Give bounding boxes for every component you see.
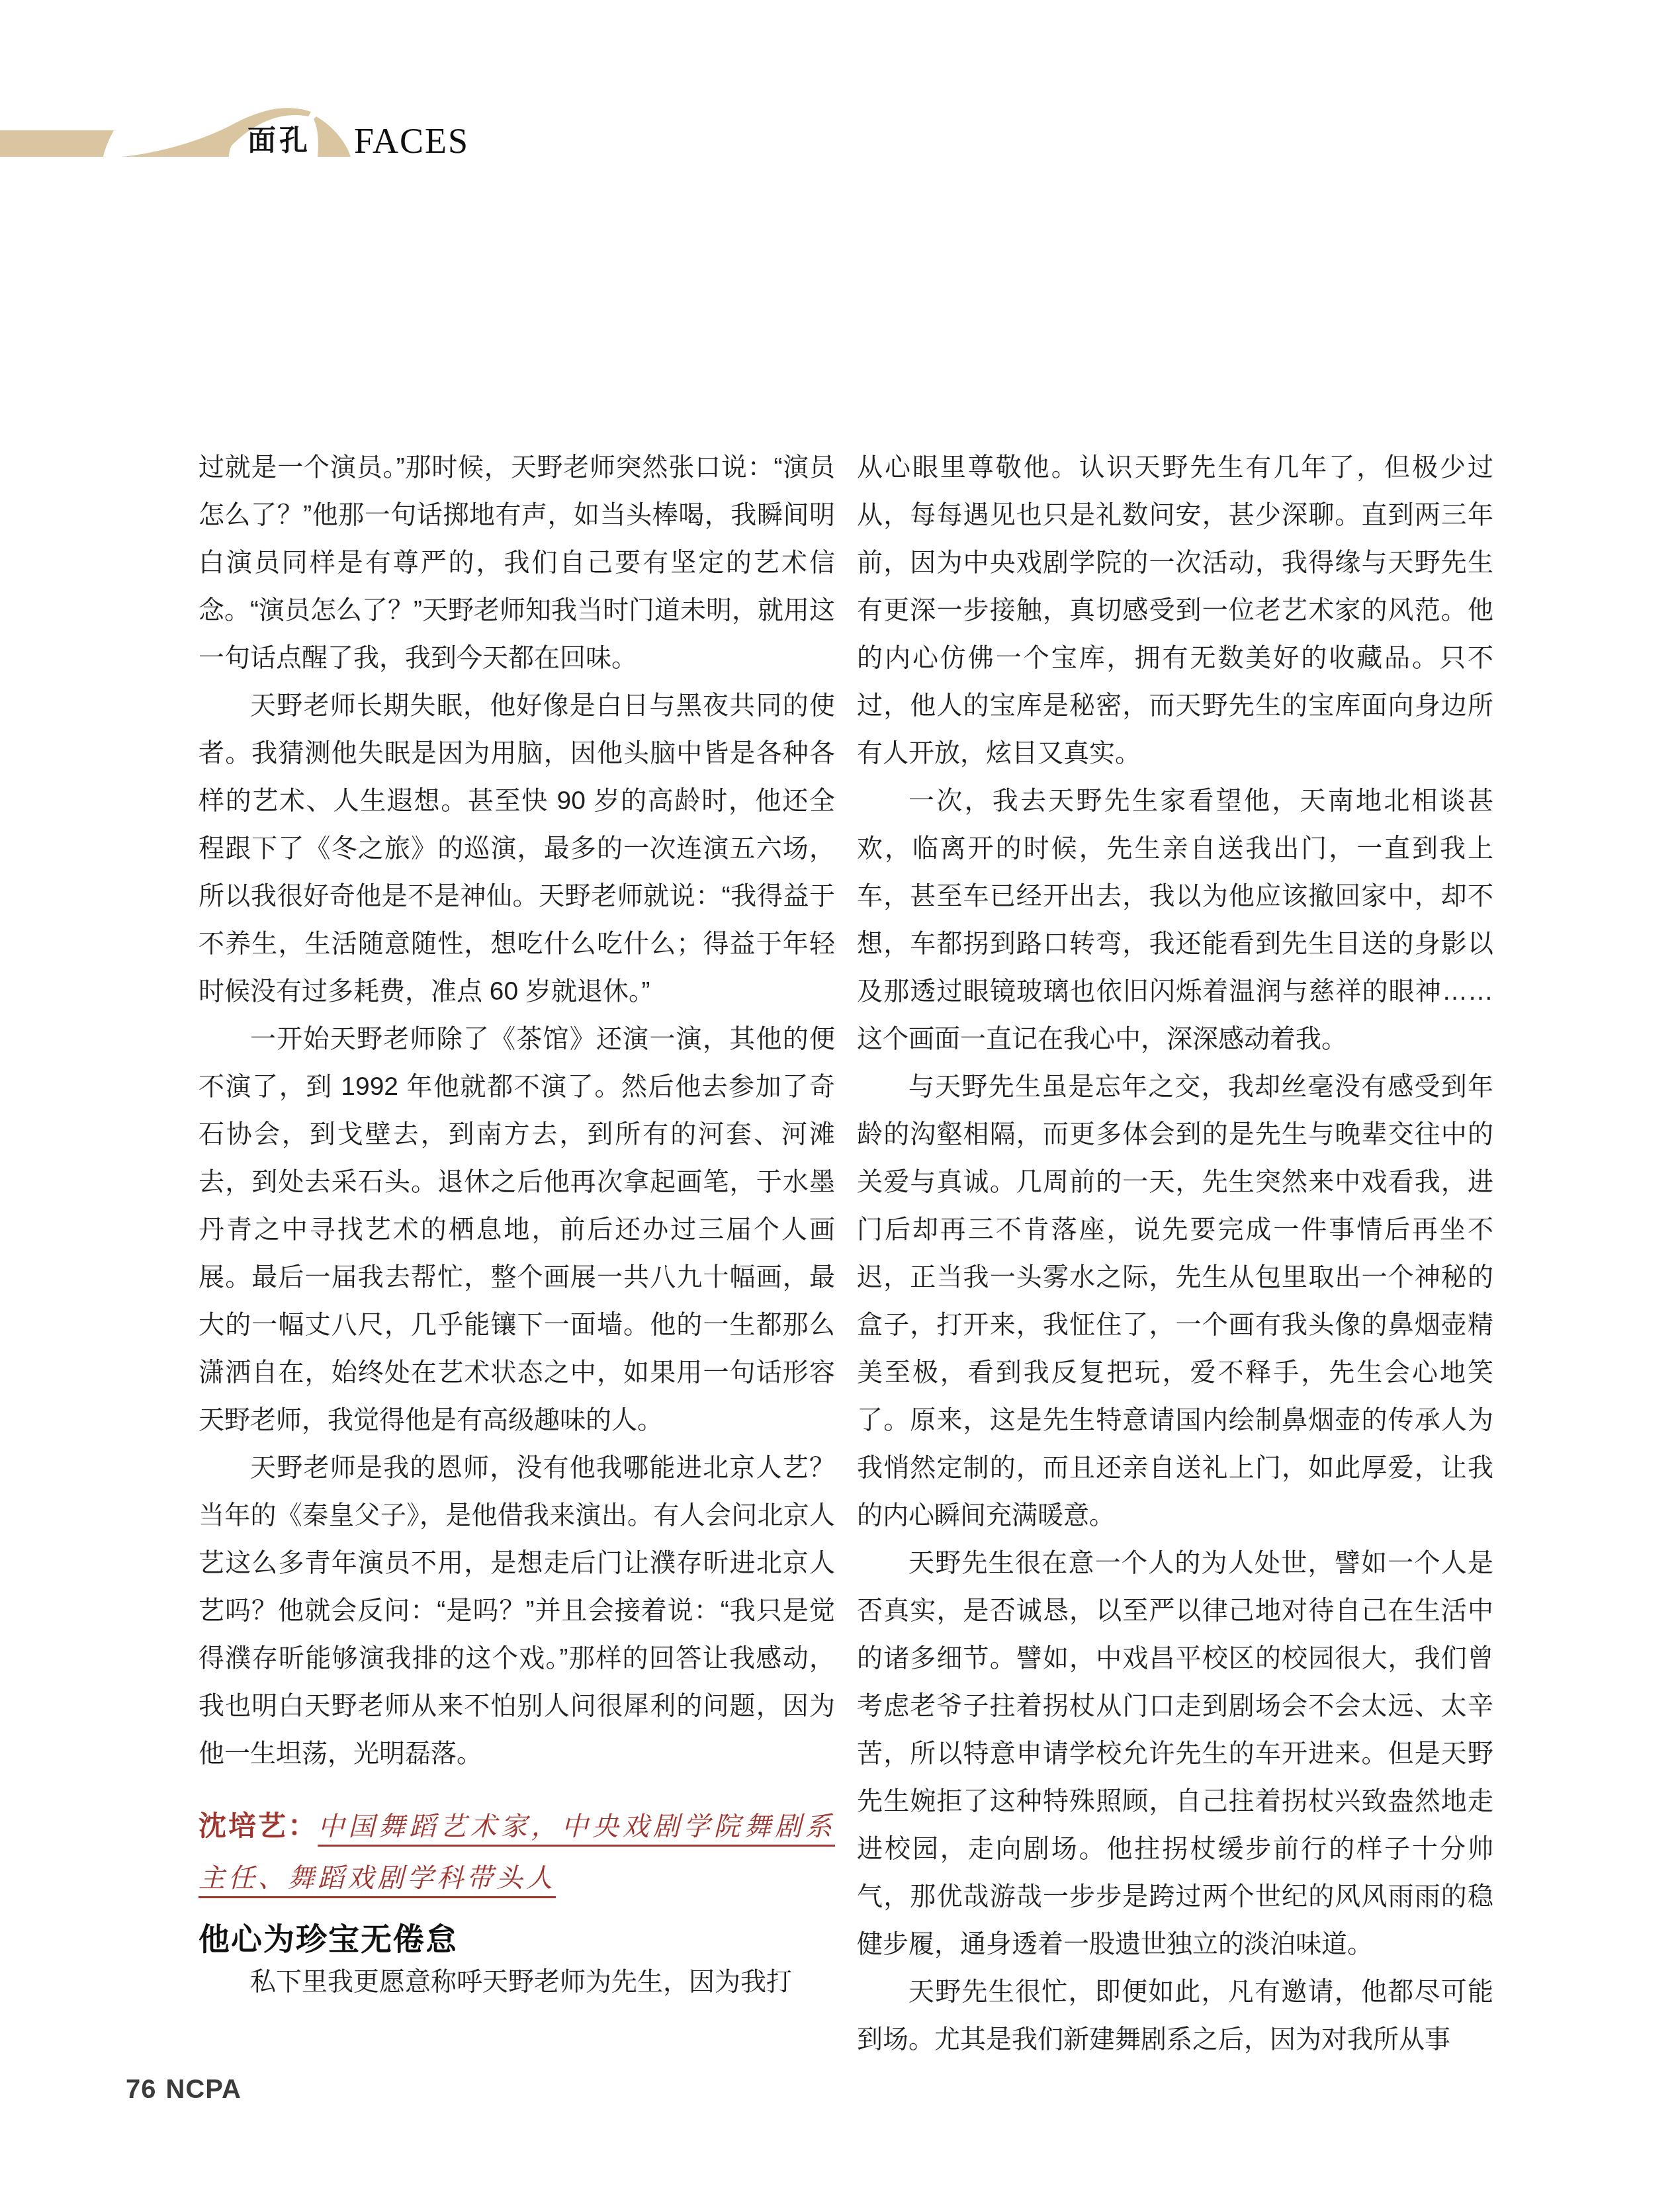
right-column: 从心眼里尊敬他。认识天野先生有几年了，但极少过从，每每遇见也只是礼数问安，甚少深…	[857, 444, 1493, 2064]
article-paragraph: 与天野先生虽是忘年之交，我却丝毫没有感受到年龄的沟壑相隔，而更多体会到的是先生与…	[857, 1063, 1493, 1540]
author-byline: 沈培艺：中国舞蹈艺术家，中央戏剧学院舞剧系主任、舞蹈戏剧学科带头人	[199, 1800, 835, 1904]
author-name-label: 沈培艺：	[199, 1810, 318, 1841]
article-paragraph: 天野老师长期失眠，他好像是白日与黑夜共同的使者。我猜测他失眠是因为用脑，因他头脑…	[199, 682, 835, 1016]
section-title-en: FACES	[354, 123, 469, 159]
article-paragraph: 一开始天野老师除了《茶馆》还演一演，其他的便不演了，到 1992 年他就都不演了…	[199, 1016, 835, 1444]
article-paragraph: 天野老师是我的恩师，没有他我哪能进北京人艺？当年的《秦皇父子》，是他借我来演出。…	[199, 1444, 835, 1778]
article-paragraph: 从心眼里尊敬他。认识天野先生有几年了，但极少过从，每每遇见也只是礼数问安，甚少深…	[857, 444, 1493, 777]
header-crescent-shape	[314, 116, 351, 157]
article-paragraph: 天野先生很在意一个人的为人处世，譬如一个人是否真实，是否诚恳，以至严以律己地对待…	[857, 1540, 1493, 1968]
article-paragraph: 私下里我更愿意称呼天野老师为先生，因为我打	[199, 1958, 835, 2006]
article-paragraph: 天野先生很忙，即便如此，凡有邀请，他都尽可能到场。尤其是我们新建舞剧系之后，因为…	[857, 1968, 1493, 2064]
left-column: 过就是一个演员。”那时候，天野老师突然张口说：“演员怎么了？”他那一句话掷地有声…	[199, 444, 835, 2006]
article-paragraph: 一次，我去天野先生家看望他，天南地北相谈甚欢，临离开的时候，先生亲自送我出门，一…	[857, 777, 1493, 1063]
article-subheading: 他心为珍宝无倦怠	[199, 1920, 835, 1958]
journal-name: NCPA	[166, 2075, 242, 2104]
header-bar-shape	[0, 130, 114, 157]
article-paragraph: 过就是一个演员。”那时候，天野老师突然张口说：“演员怎么了？”他那一句话掷地有声…	[199, 444, 835, 682]
section-title-zh: 面孔	[247, 127, 311, 155]
page-footer: 76NCPA	[126, 2075, 251, 2105]
page-number: 76	[126, 2075, 157, 2104]
